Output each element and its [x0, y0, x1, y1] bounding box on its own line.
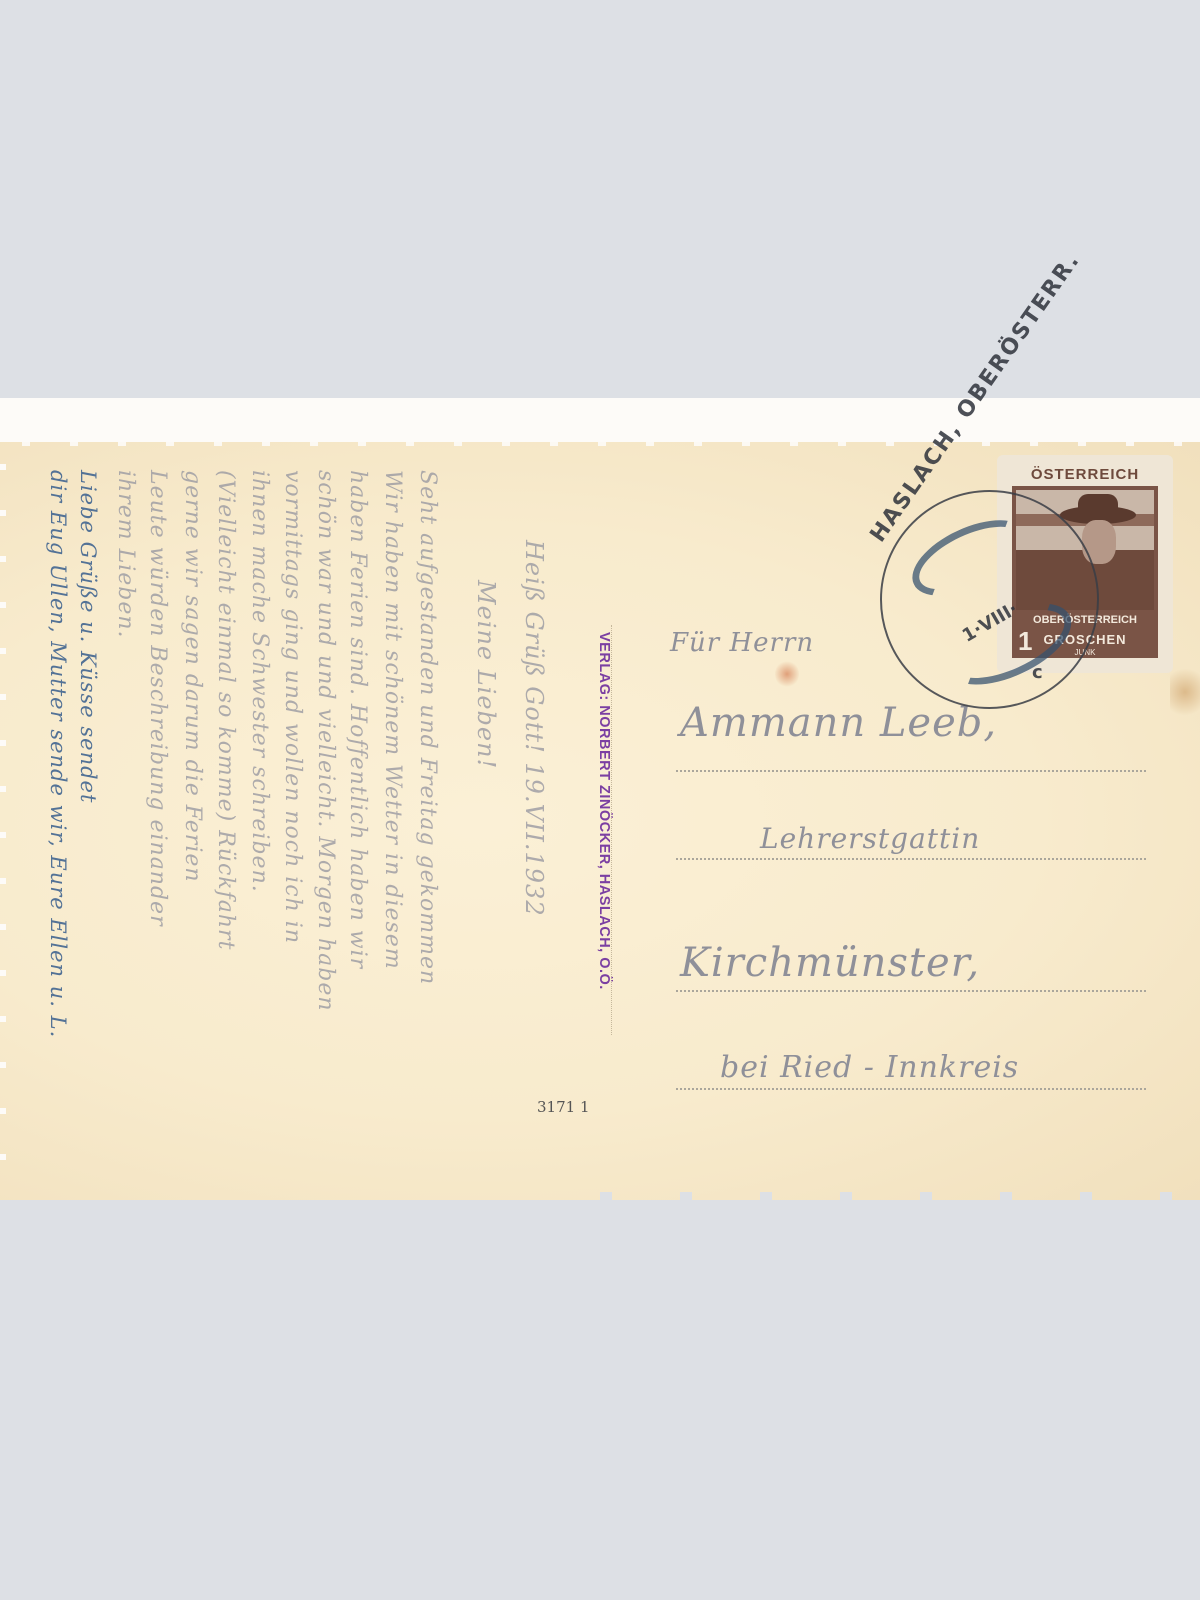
stamp-country: ÖSTERREICH [1010, 466, 1160, 483]
publisher-imprint: VERLAG: NORBERT ZINÖCKER, HASLACH, O.Ö. [596, 632, 612, 990]
postmark: HASLACH, OBERÖSTERR. 1·VIII· c [880, 490, 1099, 709]
deckled-edge-left [0, 442, 6, 1200]
message-line: haben Ferien sind. Hoffentlich haben wir [345, 470, 370, 969]
message-salutation: Meine Lieben! [472, 580, 500, 769]
deckled-edge-bottom [560, 1192, 1200, 1200]
address-line-5: bei Ried - Innkreis [720, 1050, 1019, 1085]
message-line: schön war und und vielleicht. Morgen hab… [313, 470, 338, 1012]
message-line: ihnen mache Schwester schreiben. [247, 470, 272, 893]
edge-stain [1170, 662, 1200, 722]
address-rule [676, 770, 1146, 772]
address-rule [676, 990, 1146, 992]
address-line-2: Ammann Leeb, [680, 700, 997, 746]
deckled-edge-top [0, 436, 1200, 446]
message-line: vormittags ging und wollen noch ich in [280, 470, 305, 944]
address-rule [676, 1088, 1146, 1090]
address-line-4: Kirchmünster, [680, 940, 980, 986]
message-line: Leute würden Beschreibung einander [145, 470, 170, 927]
message-line: (Vielleicht einmal so komme) Rückfahrt [213, 470, 238, 950]
message-line: ihrem Lieben. [113, 470, 138, 639]
message-line: Wir haben mit schönem Wetter in diesem [380, 470, 405, 970]
address-rule [676, 858, 1146, 860]
message-line: gerne wir sagen darum die Ferien [180, 470, 205, 883]
cancel-bar-icon [901, 505, 1039, 612]
rust-stain [775, 660, 799, 688]
postscript-line: dir Eug Ullen, Mutter sende wir, Eure El… [46, 470, 70, 1038]
message-line: Seht aufgestanden und Freitag gekommen [415, 470, 440, 985]
message-heading: Heiß Grüß Gott! 19.VII.1932 [520, 540, 548, 917]
catalog-number: 3171 1 [537, 1098, 590, 1116]
address-line-1: Für Herrn [670, 628, 814, 658]
address-line-3: Lehrerstgattin [760, 822, 980, 855]
postscript-line: Liebe Grüße u. Küsse sendet [76, 470, 100, 803]
